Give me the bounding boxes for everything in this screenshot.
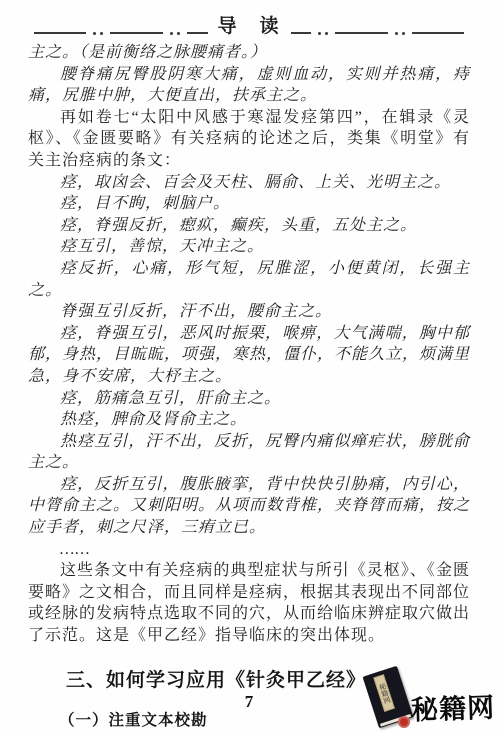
quote-line: 痉，脊强反折，瘛疭，癫疾，头重，五处主之。: [28, 215, 470, 237]
quote-line: 热痉，脾俞及肾俞主之。: [28, 409, 470, 431]
book-label: 秘籍网: [373, 674, 395, 712]
quote-line: 痉，取囟会、百会及天柱、膈俞、上关、光明主之。: [28, 172, 470, 194]
header-rule-left: [34, 32, 208, 38]
watermark-site-name: 秘籍网: [410, 686, 495, 728]
paragraph-expository: 再如卷七“太阳中风感于寒湿发痉第四”，在辑录《灵枢》、《金匮要略》有关痉病的论述…: [28, 107, 470, 172]
quote-line: 痉反折，心痛，形气短，尻脽涩，小便黄闭，长强主之。: [28, 258, 470, 301]
quote-line: 痉，筋痛急互引，肝俞主之。: [28, 388, 470, 410]
book-page: 导 读 主之。（是前衡络之脉腰痛者。） 腰脊痛尻臀股阴寒大痛，虚则血动，实则并热…: [0, 0, 498, 734]
quote-line: 热痉互引，汗不出，反折，尻臀内痛似瘅疟状，膀胱俞主之。: [28, 431, 470, 474]
quote-line: 痉，脊强互引，恶风时振栗，喉痹，大气满喘，胸中郁郁，身热，目䀮䀮，项强，寒热，僵…: [28, 323, 470, 388]
red-seal-icon: [398, 716, 410, 728]
paragraph-closing: 这些条文中有关痉病的典型症状与所引《灵枢》、《金匮要略》之文相合，而且同样是痉病…: [28, 560, 470, 646]
quote-line: 脊强互引反折，汗不出，腰俞主之。: [28, 301, 470, 323]
running-head-title: 导 读: [208, 11, 291, 38]
quote-line: 痉，目不眴，刺脑户。: [28, 193, 470, 215]
paragraph-quote-intro: 腰脊痛尻臀股阴寒大痛，虚则血动，实则并热痛，痔痛，尻脽中肿，大便直出，扶承主之。: [28, 64, 470, 107]
body-text: 主之。（是前衡络之脉腰痛者。） 腰脊痛尻臀股阴寒大痛，虚则血动，实则并热痛，痔痛…: [0, 38, 498, 647]
quote-line: 痉，反折互引，腹胀腋挛，背中快快引胁痛，内引心，中膂俞主之。又刺阳明。从项而数背…: [28, 474, 470, 539]
watermark: 秘籍网 秘籍网: [356, 668, 498, 734]
running-head: 导 读: [0, 0, 498, 38]
header-rule-right: [291, 32, 465, 38]
ellipsis-line: ……: [28, 539, 470, 561]
quote-line: 痉互引，善惊，天冲主之。: [28, 236, 470, 258]
paragraph-continuation: 主之。（是前衡络之脉腰痛者。）: [28, 42, 470, 64]
